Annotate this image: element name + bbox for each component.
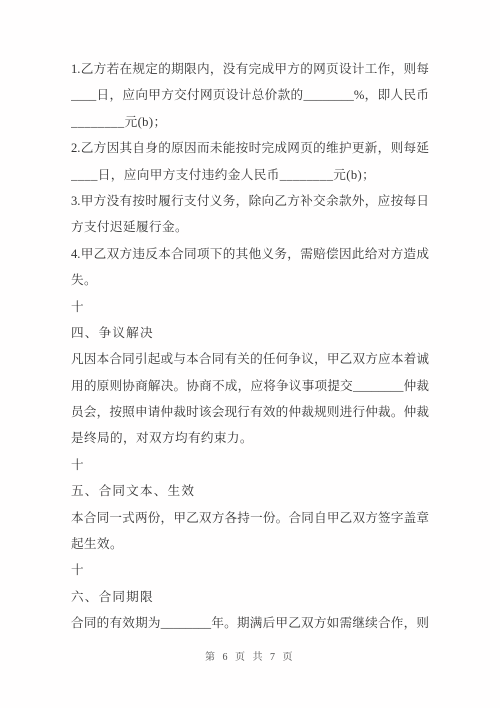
stray-plus-mark: 十 bbox=[71, 294, 429, 320]
contract-text-line: 合同的有效期为________年。期满后甲乙双方如需继续合作，则延续 bbox=[71, 610, 429, 636]
contract-text-line: 本合同一式两份，甲乙双方各持一份。合同自甲乙双方签字盖章之时 bbox=[71, 505, 429, 531]
contract-text-line: ____日，应向甲方支付违约金人民币________元(b)； bbox=[71, 162, 429, 188]
contract-text-line: 1.乙方若在规定的期限内，没有完成甲方的网页设计工作，则每延迟 bbox=[71, 56, 429, 82]
contract-text-line: 是终局的，对双方均有约束力。 bbox=[71, 425, 429, 451]
contract-text-line: 起生效。 bbox=[71, 531, 429, 557]
contract-text-line: ____日，应向甲方交付网页设计总价款的________%，即人民币 bbox=[71, 82, 429, 108]
contract-text-line: 2.乙方因其自身的原因而未能按时完成网页的维护更新，则每延迟 bbox=[71, 135, 429, 161]
contract-text-line: 失。 bbox=[71, 267, 429, 293]
stray-plus-mark: 十 bbox=[71, 452, 429, 478]
contract-text-line: 4.甲乙双方违反本合同项下的其他义务，需赔偿因此给对方造成的损 bbox=[71, 241, 429, 267]
section-heading: 五、合同文本、生效 bbox=[71, 478, 429, 504]
contract-text-line: ________元(b)； bbox=[71, 109, 429, 135]
contract-text-line: 凡因本合同引起或与本合同有关的任何争议，甲乙双方应本着诚实信 bbox=[71, 346, 429, 372]
section-heading: 四、争议解决 bbox=[71, 320, 429, 346]
stray-plus-mark: 十 bbox=[71, 557, 429, 583]
section-heading: 六、合同期限 bbox=[71, 584, 429, 610]
contract-text-line: 员会，按照申请仲裁时该会现行有效的仲裁规则进行仲裁。仲裁裁决 bbox=[71, 399, 429, 425]
contract-text-line: 3.甲方没有按时履行支付义务，除向乙方补交余款外，应按每日向乙 bbox=[71, 188, 429, 214]
page-number-footer: 第 6 页 共 7 页 bbox=[0, 649, 500, 667]
contract-text-line: 用的原则协商解决。协商不成，应将争议事项提交________仲裁委 bbox=[71, 373, 429, 399]
contract-text-line: 方支付迟延履行金。 bbox=[71, 214, 429, 240]
document-page: 1.乙方若在规定的期限内，没有完成甲方的网页设计工作，则每延迟____日，应向甲… bbox=[0, 0, 500, 708]
document-body: 1.乙方若在规定的期限内，没有完成甲方的网页设计工作，则每延迟____日，应向甲… bbox=[71, 56, 429, 637]
